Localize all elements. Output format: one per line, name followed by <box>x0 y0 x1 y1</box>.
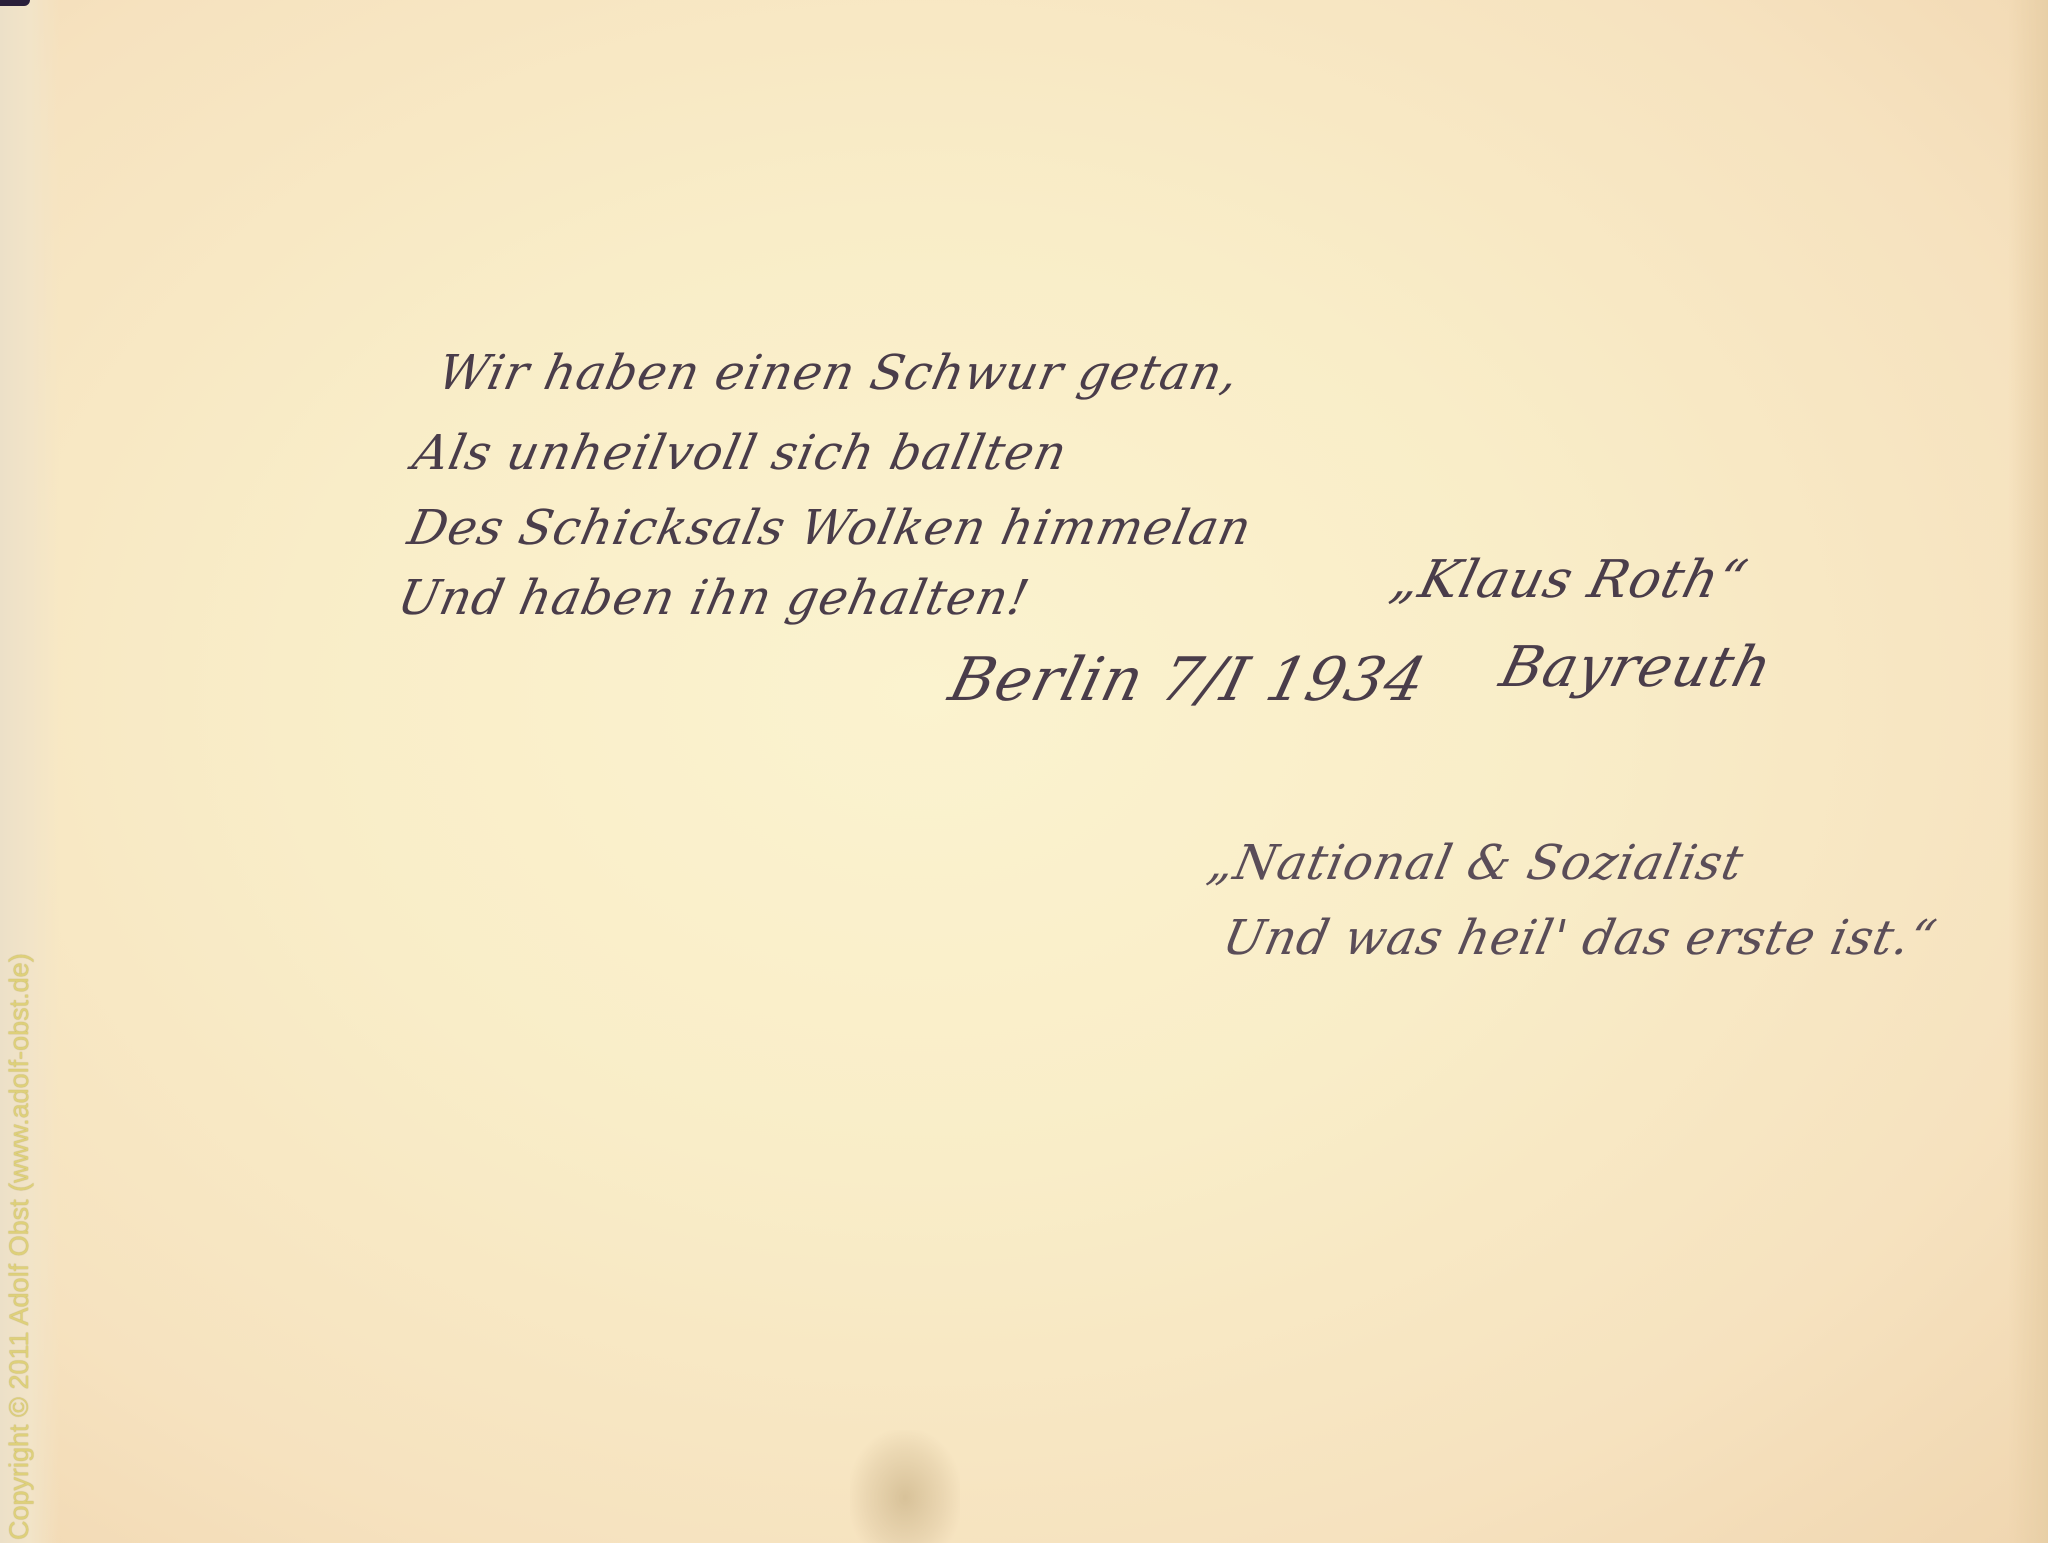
motto-line-1: „National & Sozialist <box>1203 835 1749 891</box>
corner-mark <box>0 0 30 6</box>
poem-line-3: Des Schicksals Wolken himmelan <box>403 500 1257 556</box>
poem-line-4: Und haben ihn gehalten! <box>393 570 1034 626</box>
copyright-watermark: Copyright © 2011 Adolf Obst (www.adolf-o… <box>4 953 35 1540</box>
album-page: Wir haben einen Schwur getan, Als unheil… <box>0 0 2048 1543</box>
signature-place: Bayreuth <box>1494 635 1779 700</box>
motto-line-2: Und was heil' das erste ist.“ <box>1218 910 1942 966</box>
signature-name: „Klaus Roth“ <box>1385 550 1754 610</box>
page-right-edge <box>2008 0 2048 1543</box>
dateline: Berlin 7/I 1934 <box>943 645 1434 715</box>
poem-line-1: Wir haben einen Schwur getan, <box>433 345 1244 401</box>
poem-line-2: Als unheilvoll sich ballten <box>408 425 1072 481</box>
thumbprint-stain <box>850 1430 960 1543</box>
